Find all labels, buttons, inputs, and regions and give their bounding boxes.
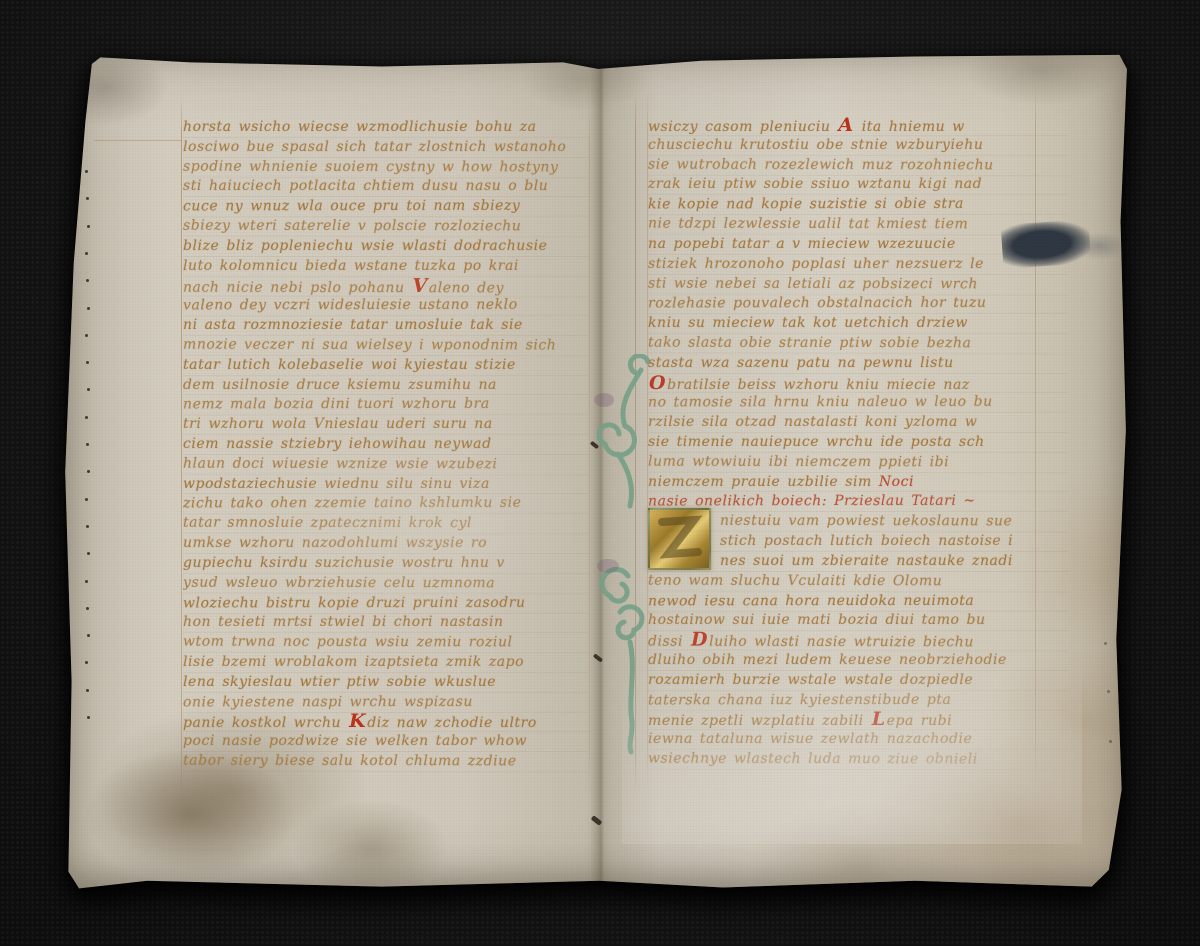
- text-segment: rozlehasie pouvalech obstalnacich hor tu…: [648, 295, 987, 312]
- rubric-initial: V: [412, 275, 429, 297]
- text-segment: tri wzhoru wola Vnieslau uderi suru na: [183, 416, 493, 432]
- text-segment: wtom trwna noc pousta wsiu zemiu roziul: [183, 634, 513, 651]
- text-segment: nie tdzpi lezwlessie ualil tat kmiest ti…: [648, 216, 968, 233]
- text-line: zichu tako ohen zzemie taino kshlumku si…: [183, 494, 589, 515]
- text-segment: luma wtowiuiu ibi niemczem ppieti ibi: [648, 453, 949, 470]
- text-segment: kie kopie nad kopie suzistie si obie str…: [648, 196, 964, 213]
- text-segment: tabor siery biese salu kotol chluma zzdi…: [183, 753, 517, 770]
- manuscript-bifolium: horsta wsicho wiecse wzmodlichusie bohu …: [62, 54, 1128, 890]
- pricking-hole: [85, 416, 88, 419]
- text-line: no tamosie sila hrnu kniu naleuo w leuo …: [648, 393, 1069, 414]
- text-segment: tatar smnosluie zpatecznimi krok cyl: [183, 515, 472, 532]
- text-segment: taterska chana iuz kyiestenstibude pta: [648, 691, 951, 708]
- text-line: sti haiuciech potlacita chtiem dusu nasu…: [183, 177, 589, 197]
- parchment-spread: horsta wsicho wiecse wzmodlichusie bohu …: [62, 54, 1128, 890]
- text-segment: tatar lutich kolebaselie woi kyiestau st…: [183, 357, 516, 373]
- text-line: nasie onelikich boiech: Przieslau Tatari…: [648, 492, 1069, 513]
- pricking-hole: [87, 552, 90, 555]
- text-segment: wpodstaziechusie wiednu silu sinu viza: [183, 476, 490, 492]
- text-segment: dluiho obih mezi ludem keuese neobrzieho…: [648, 652, 1007, 668]
- rubric-text: nasie onelikich boiech: Przieslau Tatari…: [648, 493, 976, 510]
- ruling-line-left-margin: [181, 94, 182, 798]
- text-line: tako slasta obie stranie ptiw sobie bezh…: [648, 333, 1069, 354]
- text-line: cuce ny wnuz wla ouce pru toi nam sbiezy: [183, 197, 589, 218]
- text-segment: wloziechu bistru kopie druzi pruini zaso…: [183, 594, 526, 611]
- text-line: wtom trwna noc pousta wsiu zemiu roziul: [183, 633, 589, 654]
- text-segment: niemczem prauie uzbilie sim: [648, 474, 879, 490]
- rubric-initial: O: [648, 372, 667, 394]
- text-line: rozamierh burzie wstale wstale dozpiedle: [648, 671, 1069, 691]
- text-line: sbiezy wteri saterelie v polscie rozlozi…: [183, 217, 589, 238]
- text-segment: no tamosie sila hrnu kniu naleuo w leuo …: [648, 394, 993, 411]
- ink-blot-smear: [1070, 232, 1128, 260]
- pricking-hole: [1104, 642, 1107, 645]
- pricking-hole: [86, 279, 89, 282]
- text-segment: teno wam sluchu Vculaiti kdie Olomu: [648, 572, 942, 589]
- pricking-hole: [86, 361, 89, 364]
- text-line: teno wam sluchu Vculaiti kdie Olomu: [648, 571, 1069, 592]
- text-segment: lena skyieslau wtier ptiw sobie wkuslue: [183, 674, 496, 690]
- pricking-hole: [87, 388, 90, 391]
- text-segment: diz naw zchodie ultro: [367, 715, 537, 731]
- text-segment: nes suoi um zbieraite nastauke znadi: [720, 553, 1013, 569]
- pricking-hole: [87, 470, 90, 473]
- text-line: kie kopie nad kopie suzistie si obie str…: [648, 195, 1069, 216]
- text-segment: newod iesu cana hora neuidoka neuimota: [648, 592, 974, 609]
- text-segment: blize bliz popleniechu wsie wlasti dodra…: [183, 238, 547, 254]
- text-segment: umkse wzhoru nazodohlumi wszysie ro: [183, 535, 487, 551]
- text-line: horsta wsicho wiecse wzmodlichusie bohu …: [183, 118, 589, 138]
- text-segment: ysud wsleuo wbrziehusie celu uzmnoma: [183, 574, 495, 591]
- text-segment: zrak ieiu ptiw sobie ssiuo wztanu kigi n…: [648, 176, 982, 192]
- text-segment: nach nicie nebi pslo pohanu: [183, 279, 412, 295]
- text-segment: mnozie veczer ni sua wielsey i wponodnim…: [183, 337, 556, 354]
- text-segment: nemz mala bozia dini tuori wzhoru bra: [183, 396, 490, 413]
- text-line: tatar smnosluie zpatecznimi krok cyl: [183, 514, 589, 535]
- text-segment: rzilsie sila otzad nastalasti koni yzlom…: [648, 414, 977, 430]
- text-segment: wsiechnye wlastech luda muo ziue obnieli: [648, 751, 978, 768]
- text-line: Obratilsie beiss wzhoru kniu miecie naz: [648, 374, 1069, 394]
- text-segment: valeno dey vczri widesluiesie ustano nek…: [183, 297, 518, 314]
- text-segment: zichu tako ohen zzemie taino kshlumku si…: [183, 495, 521, 512]
- text-line: gupiechu ksirdu suzichusie wostru hnu v: [183, 554, 589, 574]
- text-segment: ni asta rozmnoziesie tatar umosluie tak …: [183, 317, 523, 333]
- text-line: niemczem prauie uzbilie sim Noci: [648, 473, 1069, 493]
- pricking-hole: [87, 634, 90, 637]
- rubric-initial: L: [871, 708, 887, 730]
- text-segment: wsiczy casom pleniuciu: [648, 119, 837, 135]
- pricking-hole: [86, 443, 89, 446]
- text-segment: dissi: [648, 634, 690, 650]
- pricking-hole: [87, 716, 90, 719]
- text-line: tri wzhoru wola Vnieslau uderi suru na: [183, 415, 589, 435]
- text-segment: horsta wsicho wiecse wzmodlichusie bohu …: [183, 119, 537, 135]
- text-segment: menie zpetli wzplatiu zabili: [648, 713, 871, 729]
- text-segment: stiziek hrozonoho poplasi uher nezsuerz …: [648, 256, 984, 272]
- text-segment: gupiechu ksirdu suzichusie wostru hnu v: [183, 555, 505, 571]
- text-line: hostainow sui iuie mati bozia diui tamo …: [648, 611, 1069, 631]
- text-line: kniu su mieciew tak kot uetchich drziew: [648, 314, 1069, 334]
- pricking-hole: [85, 661, 88, 664]
- text-segment: stasta wza sazenu patu na pewnu listu: [648, 355, 954, 371]
- text-line: nemz mala bozia dini tuori wzhoru bra: [183, 395, 589, 416]
- text-line: wpodstaziechusie wiednu silu sinu viza: [183, 475, 589, 495]
- pricking-hole: [86, 607, 89, 610]
- text-line: wsiechnye wlastech luda muo ziue obnieli: [648, 750, 1069, 771]
- text-line: rozlehasie pouvalech obstalnacich hor tu…: [648, 294, 1069, 315]
- text-line: onie kyiestene naspi wrchu wspizasu: [183, 692, 589, 713]
- text-line: ni asta rozmnoziesie tatar umosluie tak …: [183, 316, 589, 336]
- text-line: umkse wzhoru nazodohlumi wszysie ro: [183, 534, 589, 554]
- text-segment: luiho wlasti nasie wtruizie biechu: [709, 634, 974, 651]
- text-line: lena skyieslau wtier ptiw sobie wkuslue: [183, 673, 589, 693]
- text-line: wsiczy casom pleniuciu A ita hniemu w: [648, 116, 1069, 136]
- text-segment: cuce ny wnuz wla ouce pru toi nam sbiezy: [183, 198, 520, 215]
- text-line: poci nasie pozdwize sie welken tabor who…: [183, 732, 589, 752]
- text-line: sie timenie nauiepuce wrchu ide posta sc…: [648, 433, 1069, 453]
- text-line: chusciechu krutostiu obe stnie wzburyieh…: [648, 136, 1069, 156]
- text-line: hlaun doci wiuesie wznize wsie wzubezi: [183, 454, 589, 475]
- text-segment: chusciechu krutostiu obe stnie wzburyieh…: [648, 137, 983, 153]
- pricking-hole: [85, 170, 88, 173]
- text-line: tatar lutich kolebaselie woi kyiestau st…: [183, 356, 589, 376]
- text-line: luma wtowiuiu ibi niemczem ppieti ibi: [648, 452, 1069, 473]
- text-segment: hostainow sui iuie mati bozia diui tamo …: [648, 612, 986, 628]
- pricking-hole: [85, 252, 88, 255]
- text-line: newod iesu cana hora neuidoka neuimota: [648, 591, 1069, 612]
- text-segment: tako slasta obie stranie ptiw sobie bezh…: [648, 334, 971, 351]
- text-segment: bratilsie beiss wzhoru kniu miecie naz: [667, 377, 970, 393]
- text-line: tabor siery biese salu kotol chluma zzdi…: [183, 752, 589, 773]
- text-line: lisie bzemi wroblakom izaptsieta zmik za…: [183, 653, 589, 673]
- text-line: ciem nassie stziebry iehowihau neywad: [183, 435, 589, 455]
- text-segment: stich postach lutich boiech nastoise i: [720, 533, 1013, 549]
- text-segment: lisie bzemi wroblakom izaptsieta zmik za…: [183, 654, 524, 670]
- text-line: stasta wza sazenu patu na pewnu listu: [648, 354, 1069, 374]
- text-line: luto kolomnicu bieda wstane tuzka po kra…: [183, 257, 589, 277]
- text-line: panie kostkol wrchu Kdiz naw zchodie ult…: [183, 712, 589, 732]
- pricking-hole: [1109, 740, 1112, 743]
- pricking-hole: [85, 580, 88, 583]
- text-line: wloziechu bistru kopie druzi pruini zaso…: [183, 593, 589, 614]
- text-line: ysud wsleuo wbrziehusie celu uzmnoma: [183, 573, 589, 594]
- text-segment: hlaun doci wiuesie wznize wsie wzubezi: [183, 455, 497, 472]
- text-segment: epa rubi: [887, 713, 953, 729]
- text-line: hon tesieti mrtsi stwiel bi chori nastas…: [183, 613, 589, 633]
- text-segment: ita hniemu w: [855, 119, 965, 135]
- text-line: nach nicie nebi pslo pohanu Valeno dey: [183, 276, 589, 297]
- text-line: spodine whnienie suoiem cystny w how hos…: [183, 157, 589, 178]
- rubric-initial: D: [690, 629, 709, 651]
- text-line: stich postach lutich boiech nastoise i: [648, 532, 1069, 552]
- text-segment: iewna tataluna wisue zewlath nazachodie: [648, 731, 972, 747]
- text-segment: sti haiuciech potlacita chtiem dusu nasu…: [183, 178, 548, 194]
- text-line: zrak ieiu ptiw sobie ssiuo wztanu kigi n…: [648, 175, 1069, 195]
- text-line: dissi Dluiho wlasti nasie wtruizie biech…: [648, 631, 1069, 652]
- text-segment: panie kostkol wrchu: [183, 715, 348, 731]
- pricking-hole: [87, 225, 90, 228]
- text-line: sti wsie nebei sa letiali az pobsizeci w…: [648, 274, 1069, 295]
- pricking-hole: [86, 525, 89, 528]
- pricking-hole: [85, 334, 88, 337]
- text-segment: dem usilnosie druce ksiemu zsumihu na: [183, 377, 497, 393]
- text-line: valeno dey vczri widesluiesie ustano nek…: [183, 296, 589, 317]
- text-segment: ciem nassie stziebry iehowihau neywad: [183, 436, 492, 452]
- pricking-hole: [86, 197, 89, 200]
- text-line: mnozie veczer ni sua wielsey i wponodnim…: [183, 336, 589, 357]
- text-segment: sti wsie nebei sa letiali az pobsizeci w…: [648, 275, 978, 292]
- text-line: iewna tataluna wisue zewlath nazachodie: [648, 730, 1069, 750]
- text-line: blize bliz popleniechu wsie wlasti dodra…: [183, 237, 589, 257]
- text-segment: kniu su mieciew tak kot uetchich drziew: [648, 315, 968, 331]
- text-line: rzilsie sila otzad nastalasti koni yzlom…: [648, 413, 1069, 433]
- text-segment: aleno dey: [429, 280, 504, 296]
- rubric-initial: A: [837, 116, 854, 136]
- rubric-initial: K: [348, 710, 367, 732]
- text-line: dem usilnosie druce ksiemu zsumihu na: [183, 376, 589, 396]
- text-line: niestuiu vam powiest uekoslaunu sue: [648, 512, 1069, 533]
- right-page-text-block: wsiczy casom pleniuciu A ita hniemu wchu…: [648, 116, 1069, 772]
- ruling-line-horizontal: [94, 140, 182, 141]
- text-line: losciwo bue spasal sich tatar zlostnich …: [183, 138, 589, 158]
- text-segment: losciwo bue spasal sich tatar zlostnich …: [183, 139, 566, 155]
- pricking-hole: [1107, 690, 1110, 693]
- text-line: taterska chana iuz kyiestenstibude pta: [648, 690, 1069, 711]
- pricking-hole: [85, 498, 88, 501]
- text-segment: hon tesieti mrtsi stwiel bi chori nastas…: [183, 614, 504, 630]
- rubric-text: Noci: [879, 474, 914, 490]
- text-segment: sie timenie nauiepuce wrchu ide posta sc…: [648, 434, 985, 450]
- text-segment: spodine whnienie suoiem cystny w how hos…: [183, 158, 558, 175]
- left-page-text-block: horsta wsicho wiecse wzmodlichusie bohu …: [183, 118, 589, 776]
- pricking-hole: [86, 689, 89, 692]
- text-line: menie zpetli wzplatiu zabili Lepa rubi: [648, 710, 1069, 730]
- text-segment: sbiezy wteri saterelie v polscie rozlozi…: [183, 218, 521, 235]
- text-segment: niestuiu vam powiest uekoslaunu sue: [720, 513, 1012, 530]
- text-segment: onie kyiestene naspi wrchu wspizasu: [183, 693, 473, 710]
- text-segment: sie wutrobach rozezlewich muz rozohniech…: [648, 156, 994, 173]
- text-line: nes suoi um zbieraite nastauke znadi: [648, 552, 1069, 572]
- text-segment: luto kolomnicu bieda wstane tuzka po kra…: [183, 258, 519, 274]
- text-segment: poci nasie pozdwize sie welken tabor who…: [183, 733, 527, 749]
- text-segment: na popebi tatar a v mieciew wzezuucie: [648, 236, 956, 252]
- text-line: dluiho obih mezi ludem keuese neobrzieho…: [648, 651, 1069, 671]
- text-segment: rozamierh burzie wstale wstale dozpiedle: [648, 672, 973, 688]
- pricking-hole: [87, 307, 90, 310]
- text-line: sie wutrobach rozezlewich muz rozohniech…: [648, 155, 1069, 176]
